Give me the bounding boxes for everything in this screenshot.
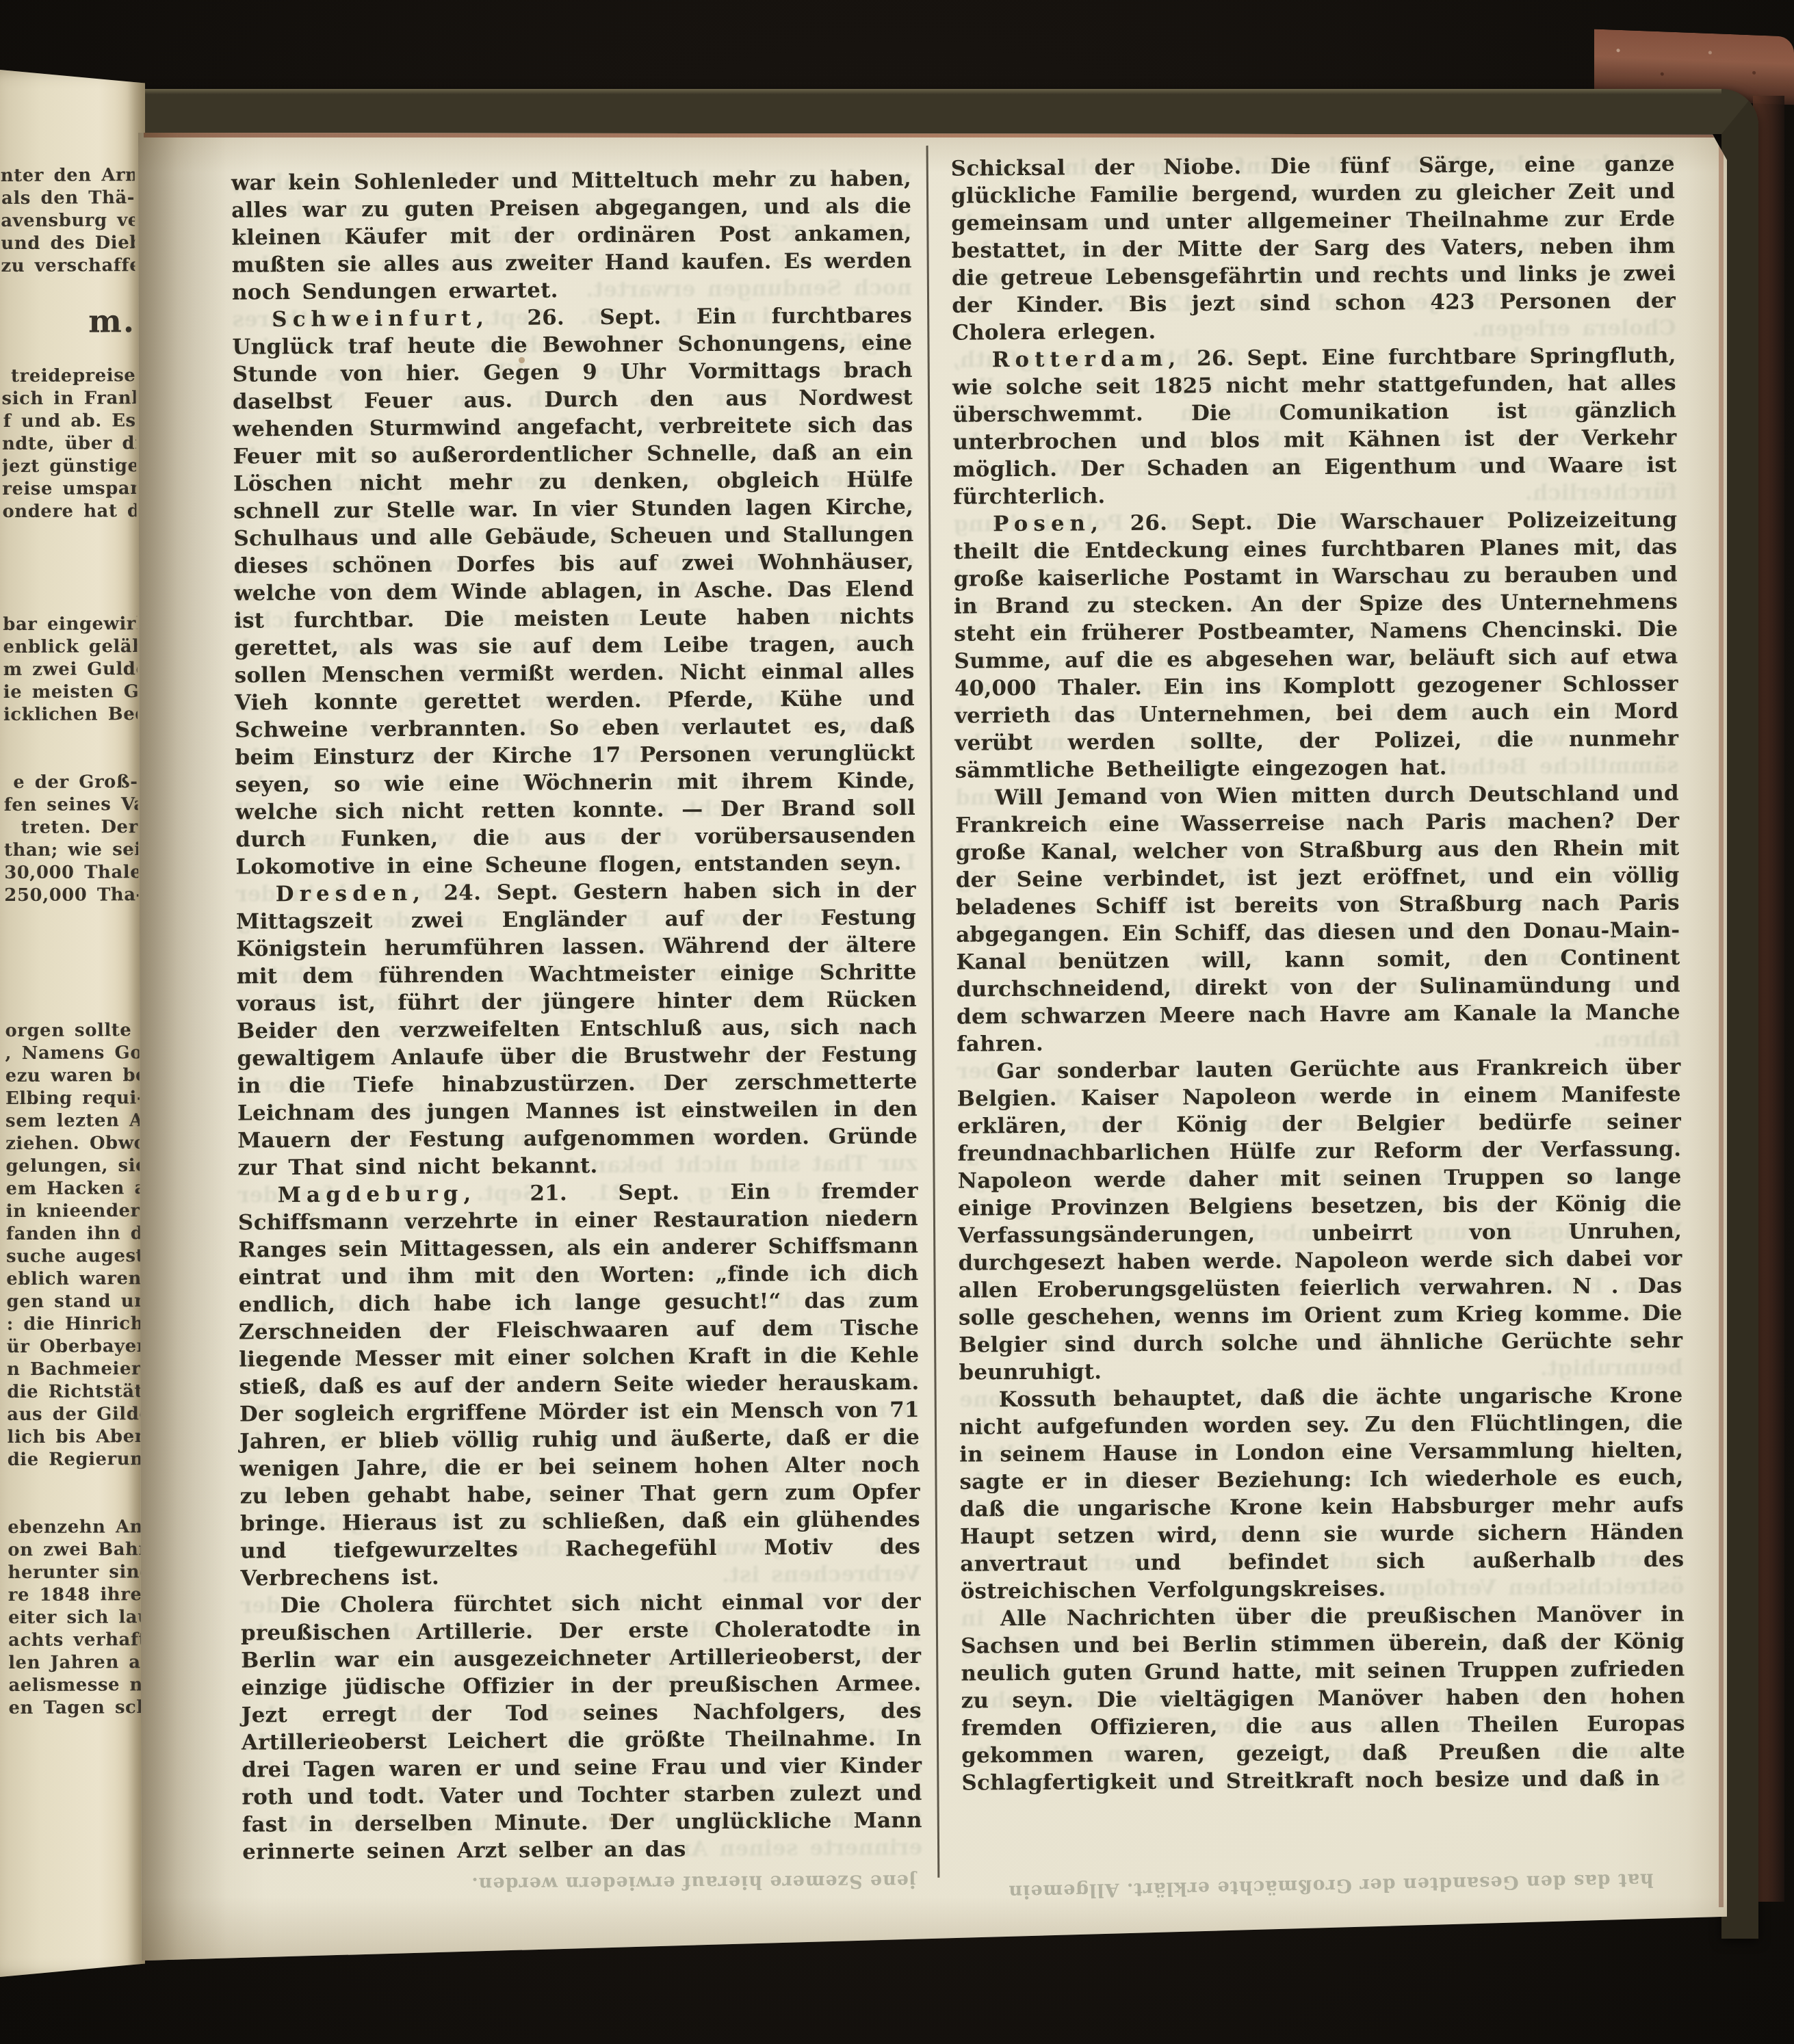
previous-page-line [1,342,135,365]
previous-page-line [4,906,138,930]
paragraph: Gar sonderbar lauten Gerüchte aus Frankr… [957,1053,1682,1387]
previous-page-line [8,1493,142,1517]
book-scan: nter den Armenals den Thä-avensburg ver-… [0,0,1794,2044]
paragraph: Kossuth behauptet, daß die ächte ungaris… [959,1382,1685,1606]
paragraph: Dresden, 24. Sept. Gestern haben sich in… [236,876,918,1182]
previous-page-line: ie meisten Ge- [3,681,138,704]
previous-page-line: die Regierung [8,1448,142,1471]
paragraph: war kein Sohlenleder und Mitteltuch mehr… [231,165,912,306]
previous-page-line: die Richtstätte. [7,1380,141,1404]
left-column: war kein Sohlenleder und Mitteltuch mehr… [231,165,922,1866]
previous-page-fragments: nter den Armenals den Thä-avensburg ver-… [0,70,154,1720]
dateline: Dresden, [276,881,428,906]
paragraph: Alle Nachrichten über die preußischen Ma… [961,1601,1686,1797]
previous-page-line: Elbing requi- [5,1087,140,1110]
previous-page-line: herunter sind [8,1561,142,1584]
dateline: Rotterdam, [992,346,1184,372]
previous-page-line: avensburg ver- [1,209,135,233]
previous-page-line: eblich waren. [6,1268,140,1291]
previous-page-line [3,568,137,591]
previous-page-line [8,1471,142,1494]
previous-page-line: icklichen Bedarf [3,703,138,726]
previous-page-line [5,974,139,997]
paragraph: Will Jemand von Wien mitten durch Deutsc… [955,780,1681,1058]
previous-page-line: als den Thä- [1,187,135,210]
previous-page-line [5,997,139,1020]
previous-page-line: fanden ihn die [6,1222,140,1246]
previous-page-line: than; wie sein [4,839,138,862]
previous-page-line [5,929,139,952]
previous-page-line: orgen sollte die [5,1019,139,1043]
page-text-layer: war kein Sohlenleder und Mitteltuch mehr… [138,122,1739,1961]
previous-page-line: : die Hinrich- [7,1313,141,1336]
previous-page-line: em Hacken an [5,1177,140,1201]
previous-page-line: gelungen, sich [5,1155,140,1178]
previous-page-line [1,277,135,300]
previous-page-line: fen seines Va- [4,794,138,817]
previous-page-line: gen stand uns [6,1290,140,1313]
previous-page-line: ondere hat das [2,500,136,523]
previous-page-line: f und ab. Es [2,410,136,433]
newspaper-page: war kein Sohlenleder und Mitteltuch mehr… [138,133,1727,1961]
previous-page-line: ndte, über die [2,432,136,456]
dateline: Posen, [993,511,1106,536]
previous-page-line: lich bis Abends [7,1426,141,1449]
previous-page-line: sem lezten Akte [5,1110,140,1133]
previous-page-line: 30,000 Thaler [4,861,138,885]
previous-page-line [3,748,138,772]
previous-page-line: sich in Franken [1,387,135,410]
previous-page-line: e der Groß- [3,771,138,794]
previous-page-line: ür Oberbayern [7,1335,141,1359]
previous-page-line: aelismesse nicht [8,1674,142,1697]
previous-page-line: eiter sich laut [8,1606,142,1629]
previous-page-line: n Bachmeier und [7,1358,141,1381]
previous-page-line: suche augestellt, [6,1245,140,1268]
previous-page-line [3,726,138,749]
previous-page-line: re 1848 ihres [8,1584,142,1607]
dateline: Magdeburg, [278,1181,480,1207]
previous-page-line [3,545,137,568]
paragraph: Posen, 26. Sept. Die Warschauer Polizeiz… [953,506,1679,785]
previous-page-line: ebenzehn Ange- [8,1516,142,1539]
paragraph: Schweinfurt, 26. Sept. Ein furchtbares U… [232,302,916,881]
previous-page-line: achts verhaftet. [8,1629,142,1652]
paragraph: Schicksal der Niobe. Die fünf Särge, ein… [951,150,1676,347]
dateline: Schweinfurt, [272,306,492,332]
previous-page-line: on zwei Bahn- [8,1538,142,1562]
column-divider [926,146,940,1878]
paragraph: Die Cholera fürchtet sich nicht einmal v… [241,1588,923,1866]
previous-page-line: m zwei Gulden [3,658,138,681]
previous-page-line [2,523,136,546]
previous-page-line: bar eingewirkt [3,613,137,636]
previous-page-line [3,590,137,614]
previous-page-line: ziehen. Obwohl [5,1132,140,1155]
right-column: Schicksal der Niobe. Die fünf Särge, ein… [951,150,1686,1797]
previous-page-line: aus der Gilde [7,1403,141,1426]
previous-page-line: , Namens Go- [5,1042,139,1065]
previous-page-line: nter den Armen [1,164,135,187]
previous-page-line: in knieender [6,1200,140,1223]
previous-page-line: 250,000 Tha- [4,884,138,907]
previous-page-edge: nter den Armenals den Thä-avensburg ver-… [0,70,145,1977]
showthrough-bottom-left: jene Szemere hierauf erwiedern werden. [471,1869,915,1895]
previous-page-line: zu verschaffen. [1,254,135,278]
showthrough-bottom-right: hat das den Gesandten der Großmächte erk… [1008,1868,1654,1903]
previous-page-line: reise umspannen [2,477,136,501]
previous-page-line: treidepreise [1,365,135,388]
previous-page-line: len Jahren auf [8,1651,142,1675]
previous-page-line: enblick gelähmt. [3,636,137,659]
previous-page-line: m. [1,300,135,343]
previous-page-line: en Tagen schon [8,1696,142,1720]
previous-page-line: treten. Der [4,816,138,839]
paragraph: Magdeburg, 21. Sept. Ein fremder Schiffs… [238,1177,921,1593]
previous-page-line: jezt günstiger [2,455,136,478]
previous-page-line [5,952,139,975]
previous-page-line: und des Dieb- [1,232,135,255]
paragraph: Rotterdam, 26. Sept. Eine furchtbare Spr… [952,342,1678,511]
previous-page-line: ezu waren be- [5,1064,140,1088]
